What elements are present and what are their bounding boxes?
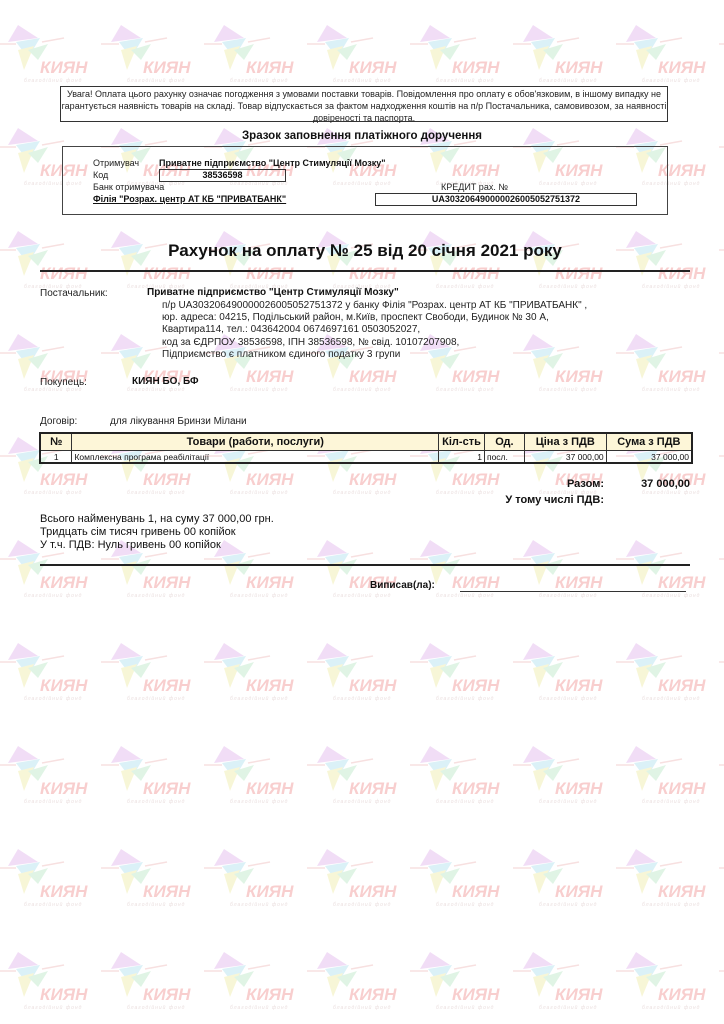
table-row: 1 Комплексна програма реабілітації 1 пос… [40,451,692,464]
total-label: Разом: [480,478,604,490]
summary-amount-words: Тридцать сім тисяч гривень 00 копійок [40,526,274,539]
supplier-label: Постачальник: [40,288,108,299]
summary-total-line: Всього найменувань 1, на суму 37 000,00 … [40,513,274,526]
total-value: 37 000,00 [610,478,690,490]
cell-price: 37 000,00 [524,451,606,464]
col-number-header: № [40,433,72,451]
supplier-details: п/р UA303206490000026005052751372 у банк… [162,300,682,361]
buyer-value: КИЯН БО, БФ [132,376,199,387]
col-unit-header: Од. [484,433,524,451]
cell-goods: Комплексна програма реабілітації [72,451,439,464]
invoice-title: Рахунок на оплату № 25 від 20 січня 2021… [0,241,724,261]
payment-sample-box: Отримувач Приватне підприємство "Центр С… [62,146,668,215]
credit-label: КРЕДИТ рах. № [441,182,508,192]
summary-divider [40,564,690,566]
supplier-detail-line: Квартира114, тел.: 043642004 0674697161 … [162,324,682,336]
credit-account-field: UA303206490000026005052751372 [375,193,637,206]
supplier-detail-line: Підприємство є платником єдиного податку… [162,349,682,361]
table-header-row: № Товари (работи, послуги) Кіл-сть Од. Ц… [40,433,692,451]
supplier-detail-line: юр. адреса: 04215, Подільський район, м.… [162,312,682,324]
bank-label: Банк отримувача [93,182,164,192]
supplier-name: Приватне підприємство "Центр Стимуляції … [147,287,399,298]
recipient-label: Отримувач [93,158,139,168]
cell-unit: посл. [484,451,524,464]
code-label: Код [93,170,108,180]
summary-vat-words: У т.ч. ПДВ: Нуль гривень 00 копійок [40,539,274,552]
cell-number: 1 [40,451,72,464]
col-quantity-header: Кіл-сть [439,433,485,451]
vat-label: У тому числі ПДВ: [440,494,604,506]
col-price-header: Ціна з ПДВ [524,433,606,451]
summary-block: Всього найменувань 1, на суму 37 000,00 … [40,513,274,552]
items-table: № Товари (работи, послуги) Кіл-сть Од. Ц… [39,432,693,464]
contract-value: для лікування Бринзи Мілани [110,416,247,427]
contract-label: Договір: [40,416,77,427]
cell-sum: 37 000,00 [606,451,692,464]
payment-notice: Увага! Оплата цього рахунку означає пого… [60,86,668,122]
invoice-document: Увага! Оплата цього рахунку означає пого… [0,0,724,1024]
col-goods-header: Товари (работи, послуги) [72,433,439,451]
recipient-value: Приватне підприємство "Центр Стимуляції … [159,158,386,168]
bank-value: Філія "Розрах. центр АТ КБ "ПРИВАТБАНК" [93,194,286,204]
supplier-detail-line: код за ЄДРПОУ 38536598, ІПН 38536598, № … [162,337,682,349]
supplier-detail-line: п/р UA303206490000026005052751372 у банк… [162,300,682,312]
code-field: 38536598 [159,169,286,182]
title-divider [40,270,690,272]
signature-label: Виписав(ла): [370,580,435,591]
payment-sample-title: Зразок заповнення платіжного доручення [0,130,724,142]
buyer-label: Покупець: [40,377,87,388]
signature-line [460,591,686,592]
col-sum-header: Сума з ПДВ [606,433,692,451]
cell-quantity: 1 [439,451,485,464]
